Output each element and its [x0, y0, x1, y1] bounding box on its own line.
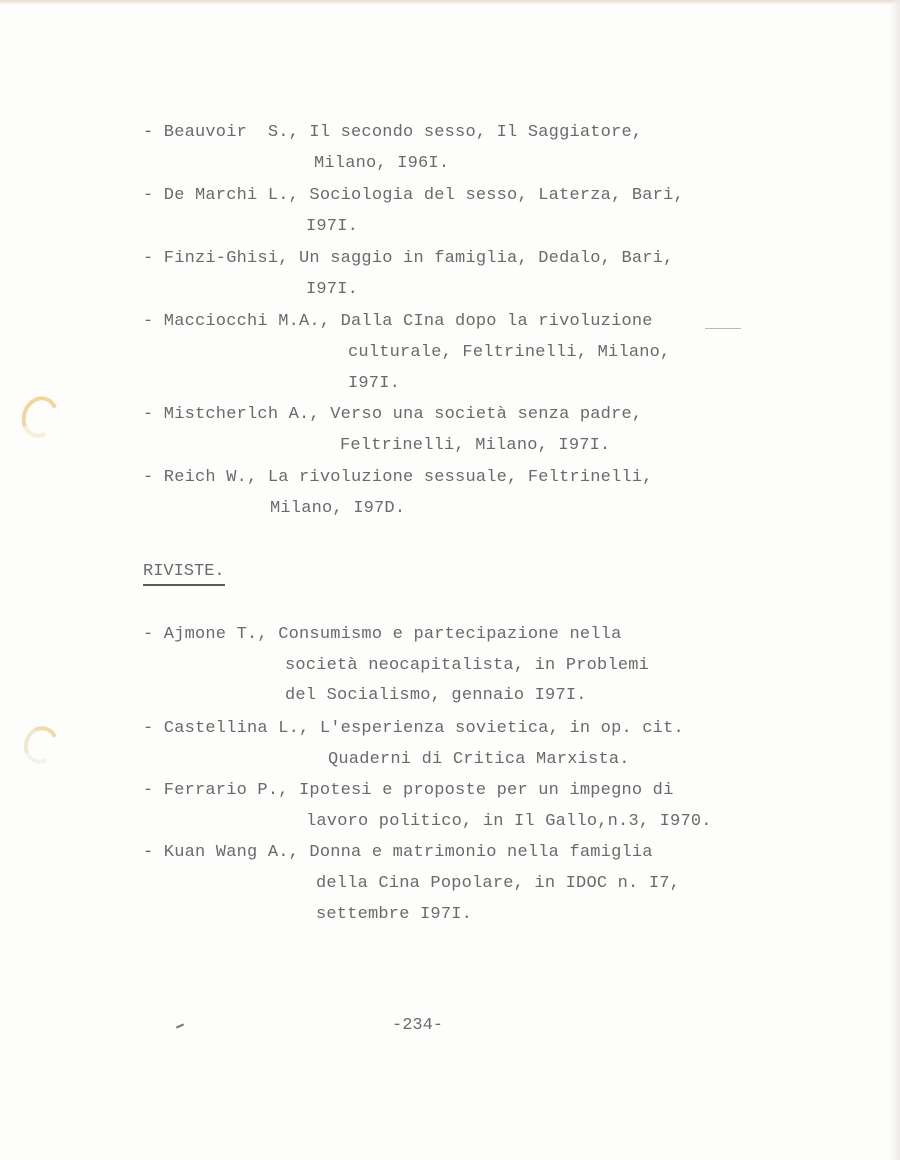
entry-line: - Beauvoir S., Il secondo sesso, Il Sagg… [143, 123, 642, 143]
entry-line: - Ajmone T., Consumismo e partecipazione… [143, 625, 621, 645]
entry-continuation: del Socialismo, gennaio I97I. [285, 686, 587, 706]
entry-line: - Kuan Wang A., Donna e matrimonio nella… [143, 843, 653, 863]
entry-continuation: I97I. [348, 374, 400, 394]
punch-hole-stain-icon [16, 391, 64, 443]
stray-ink-mark [705, 328, 741, 329]
paper-right-edge [890, 0, 900, 1160]
entry-continuation: I97I. [306, 217, 358, 237]
entry-continuation: I97I. [306, 280, 358, 300]
typewritten-page: - Beauvoir S., Il secondo sesso, Il Sagg… [0, 0, 900, 1160]
entry-line: - Ferrario P., Ipotesi e proposte per un… [143, 781, 674, 801]
entry-continuation: società neocapitalista, in Problemi [285, 656, 649, 676]
entry-continuation: culturale, Feltrinelli, Milano, [348, 343, 670, 363]
stray-ink-mark [176, 1023, 184, 1028]
entry-line: - Reich W., La rivoluzione sessuale, Fel… [143, 468, 653, 488]
punch-hole-stain-icon [19, 721, 64, 768]
section-heading: RIVISTE. [143, 562, 225, 586]
entry-line: - Mistcherlch A., Verso una società senz… [143, 405, 642, 425]
entry-continuation: della Cina Popolare, in IDOC n. I7, [316, 874, 680, 894]
entry-continuation: Feltrinelli, Milano, I97I. [340, 436, 610, 456]
entry-line: - Macciocchi M.A., Dalla CIna dopo la ri… [143, 312, 653, 332]
paper-top-edge [0, 0, 900, 5]
entry-line: - De Marchi L., Sociologia del sesso, La… [143, 186, 684, 206]
entry-continuation: lavoro politico, in Il Gallo,n.3, I970. [306, 812, 712, 832]
entry-continuation: Milano, I96I. [314, 154, 449, 174]
entry-continuation: Quaderni di Critica Marxista. [328, 750, 630, 770]
entry-line: - Finzi-Ghisi, Un saggio in famiglia, De… [143, 249, 674, 269]
entry-continuation: settembre I97I. [316, 905, 472, 925]
entry-line: - Castellina L., L'esperienza sovietica,… [143, 719, 684, 739]
entry-continuation: Milano, I97D. [270, 499, 405, 519]
page-number: -234- [392, 1016, 443, 1036]
